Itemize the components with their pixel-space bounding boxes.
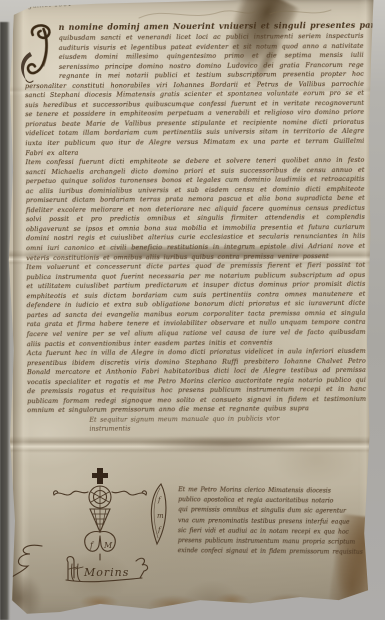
- doodle-letter: f: [157, 496, 162, 504]
- script-paragraph: quibusdam sancti et venerandi licet loci…: [25, 32, 365, 158]
- fold-crease-lower: [0, 436, 385, 453]
- archival-date-note: 7. Juillet 1501: [20, 0, 73, 10]
- script-paragraph: Acta fuerunt hec in villa de Alegre in d…: [27, 347, 366, 416]
- notarial-subscription: Et me Petro Morins clerico Mimatensis di…: [178, 485, 366, 558]
- decorative-initial-icon: [25, 23, 55, 80]
- notary-mark-icon: f M Morins: [50, 466, 155, 588]
- photo-left-shadow: [0, 22, 10, 620]
- mark-letter-f: f: [89, 541, 95, 550]
- mark-letter-m: M: [103, 541, 113, 550]
- script-paragraph: Item voluerunt et concesserunt dicte par…: [26, 261, 366, 349]
- almond-doodle-icon: f m f: [145, 482, 177, 548]
- manuscript-body: n nomine dominj amen Nouerint vniuersi e…: [25, 19, 367, 435]
- notary-signature: Morins: [83, 566, 129, 579]
- margin-scribble-icon: [8, 542, 48, 580]
- parchment-sheet: 7. Juillet 1501 n nomine dominj amen Nou…: [0, 0, 385, 620]
- subscription-line: exinde confeci signaui et in fidem premi…: [178, 546, 365, 558]
- manuscript-photo: 7. Juillet 1501 n nomine dominj amen Nou…: [0, 0, 385, 620]
- crease-smudge-lower: [140, 436, 310, 452]
- doodle-letter: m: [157, 512, 164, 520]
- script-paragraph: Item confessi fuerunt dicti emphiteote s…: [26, 156, 366, 263]
- damp-stains-bottom-edge: [58, 590, 314, 612]
- closing-line: Et sequitur signum meum manuale quo in p…: [89, 414, 279, 434]
- doodle-letter: f: [157, 526, 162, 534]
